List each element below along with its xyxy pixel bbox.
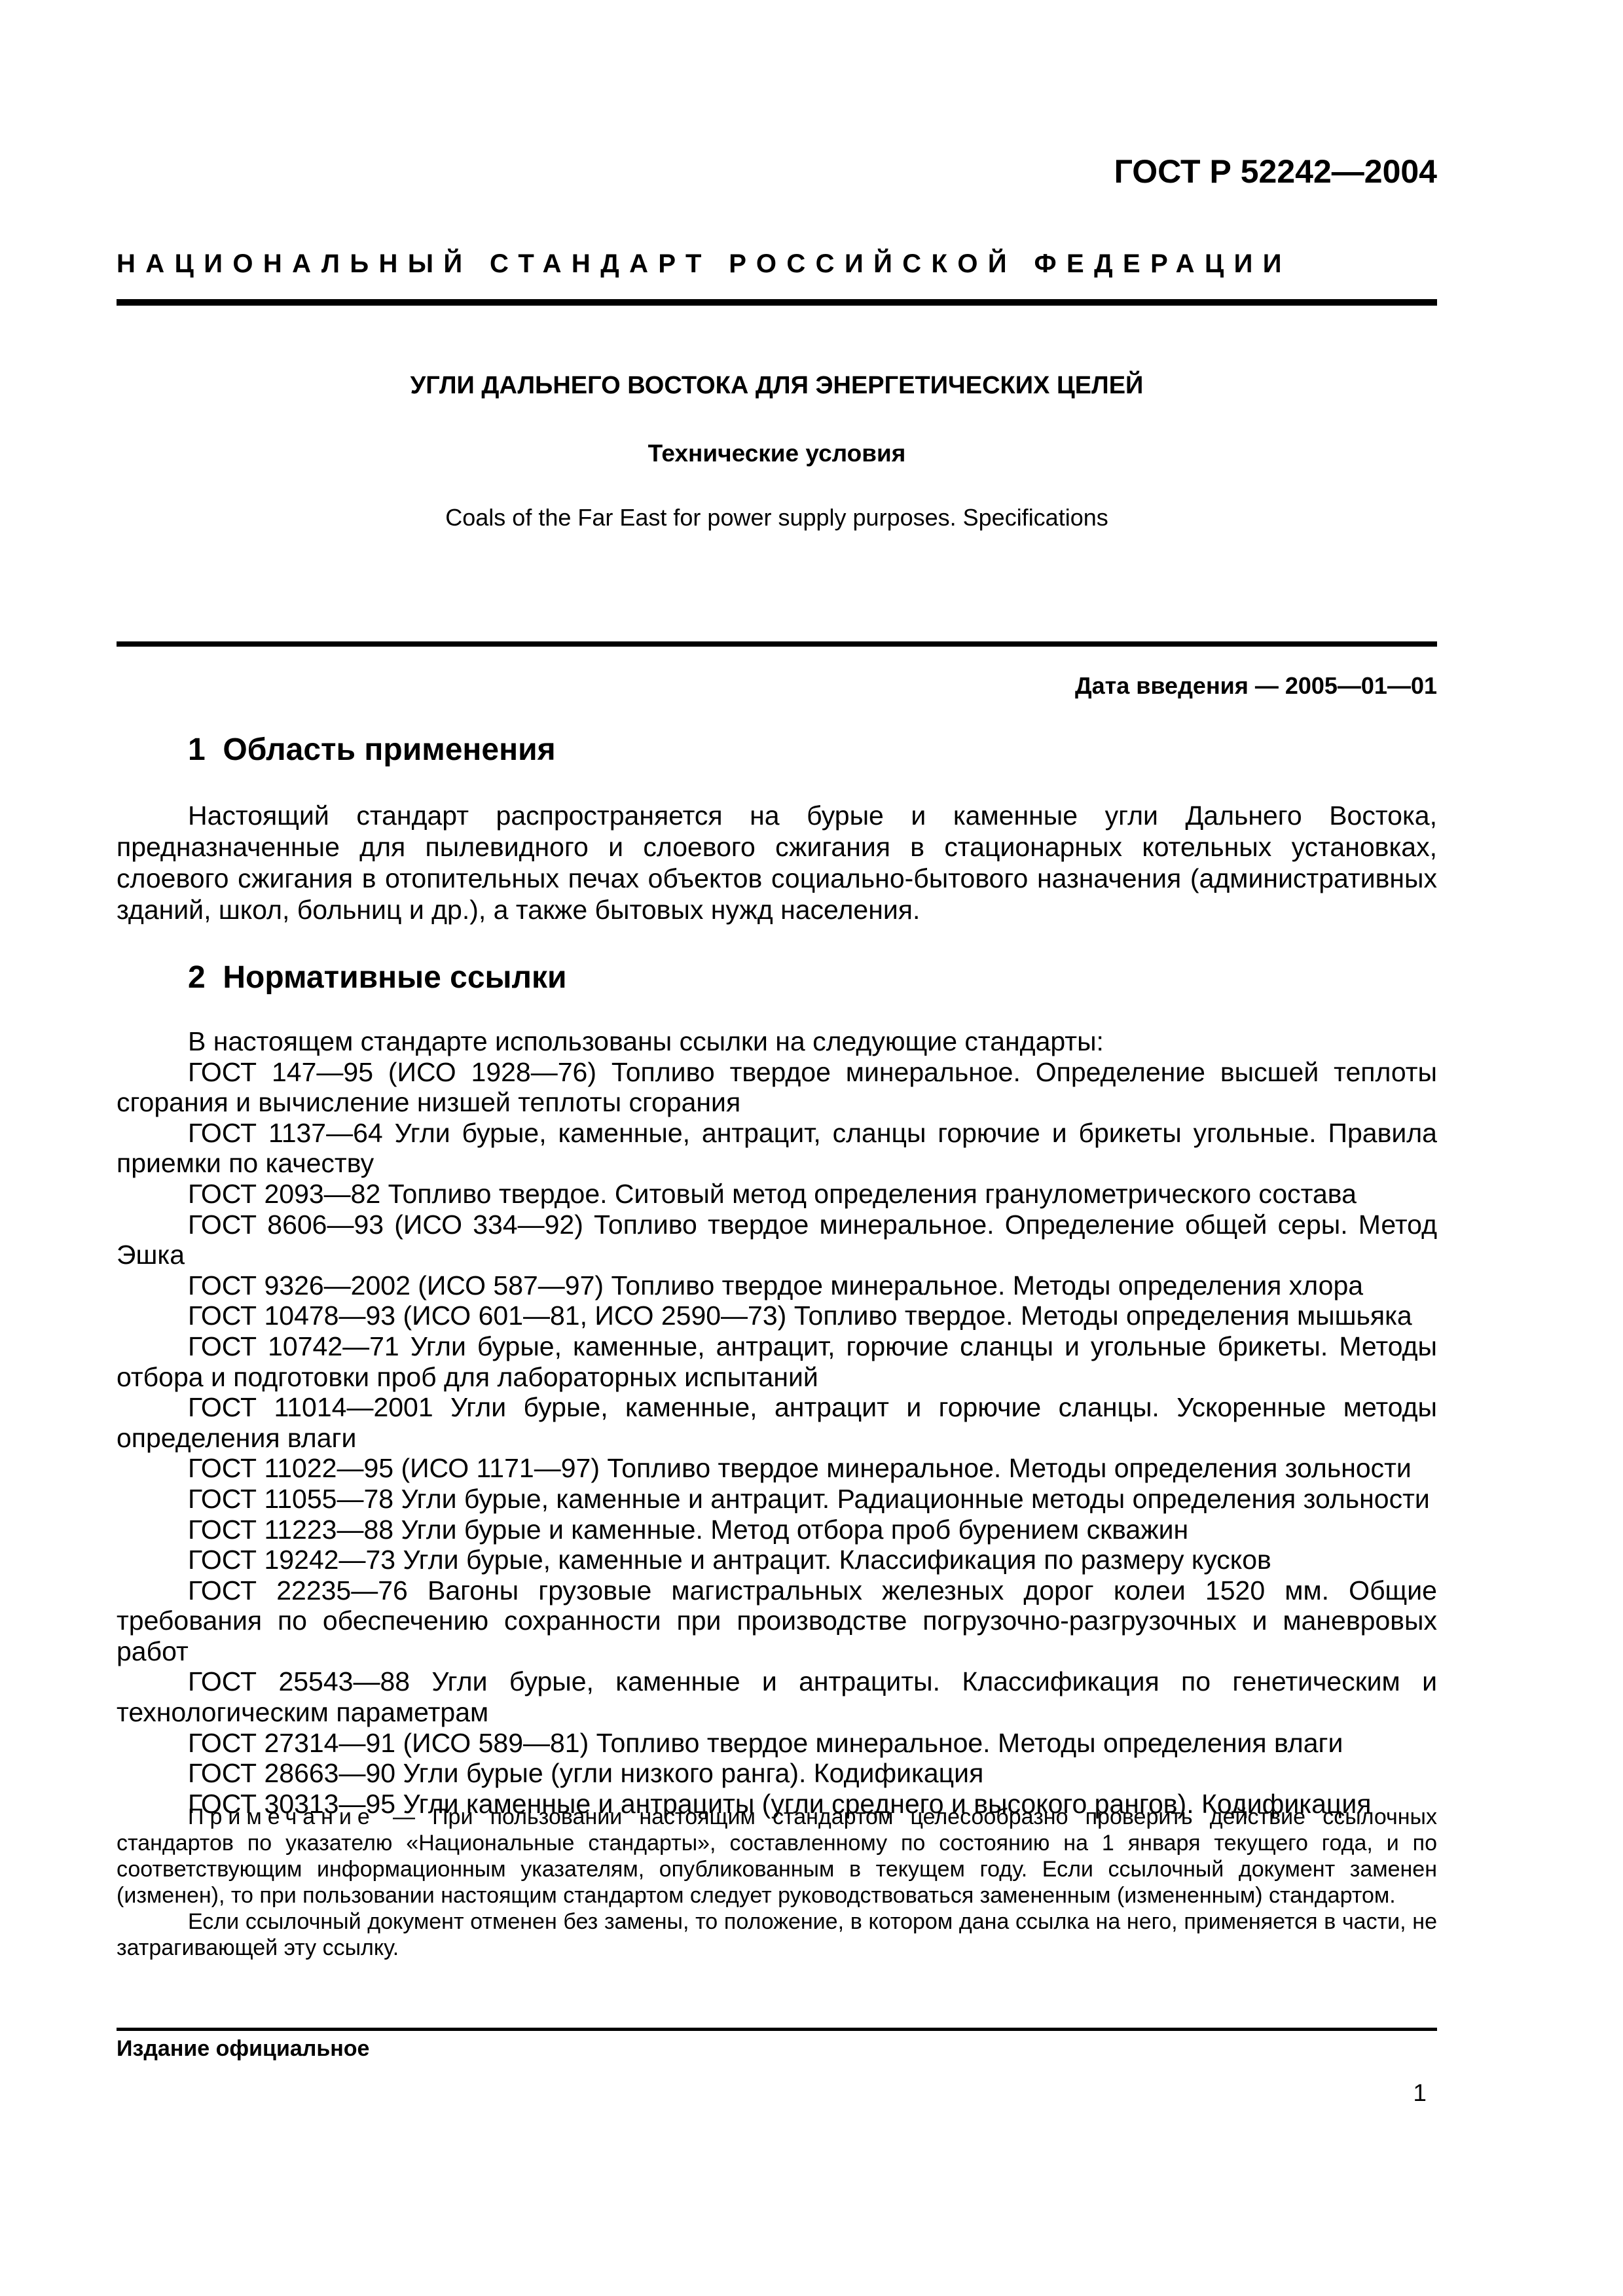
- reference-item: ГОСТ 28663—90 Угли бурые (угли низкого р…: [117, 1758, 1437, 1789]
- reference-item: ГОСТ 10478—93 (ИСО 601—81, ИСО 2590—73) …: [117, 1300, 1437, 1331]
- note-block: Примечание — При пользовании настоящим с…: [117, 1804, 1437, 1961]
- reference-item: ГОСТ 11014—2001 Угли бурые, каменные, ан…: [117, 1392, 1437, 1453]
- reference-item: ГОСТ 147—95 (ИСО 1928—76) Топливо твердо…: [117, 1057, 1437, 1118]
- reference-item: ГОСТ 8606—93 (ИСО 334—92) Топливо твердо…: [117, 1210, 1437, 1270]
- note-paragraph-2: Если ссылочный документ отменен без заме…: [117, 1909, 1437, 1961]
- reference-item: ГОСТ 11022—95 (ИСО 1171—97) Топливо твер…: [117, 1453, 1437, 1484]
- reference-item: ГОСТ 11055—78 Угли бурые, каменные и ант…: [117, 1484, 1437, 1515]
- reference-item: ГОСТ 10742—71 Угли бурые, каменные, антр…: [117, 1331, 1437, 1392]
- reference-item: ГОСТ 9326—2002 (ИСО 587—97) Топливо твер…: [117, 1270, 1437, 1301]
- note-label: Примечание: [188, 1804, 376, 1829]
- section-2-body: В настоящем стандарте использованы ссылк…: [117, 1026, 1437, 1819]
- footer-rule-divider: [117, 2028, 1437, 2031]
- document-subtitle: Технические условия: [117, 439, 1437, 469]
- reference-item: ГОСТ 25543—88 Угли бурые, каменные и ант…: [117, 1666, 1437, 1727]
- national-standard-banner: НАЦИОНАЛЬНЫЙ СТАНДАРТ РОССИЙСКОЙ ФЕДЕРАЦ…: [117, 247, 1437, 280]
- page-number: 1: [1413, 2079, 1427, 2108]
- section-1-heading: 1 Область применения: [188, 732, 556, 768]
- reference-item: ГОСТ 11223—88 Угли бурые и каменные. Мет…: [117, 1515, 1437, 1545]
- section-1-paragraph: Настоящий стандарт распространяется на б…: [117, 800, 1437, 925]
- reference-item: ГОСТ 22235—76 Вагоны грузовые магистраль…: [117, 1575, 1437, 1667]
- official-edition-label: Издание официальное: [117, 2036, 369, 2062]
- title-rule-divider: [117, 641, 1437, 647]
- reference-item: ГОСТ 19242—73 Угли бурые, каменные и ант…: [117, 1545, 1437, 1575]
- reference-item: ГОСТ 27314—91 (ИСО 589—81) Топливо тверд…: [117, 1728, 1437, 1759]
- top-rule-divider: [117, 299, 1437, 306]
- document-title: УГЛИ ДАЛЬНЕГО ВОСТОКА ДЛЯ ЭНЕРГЕТИЧЕСКИХ…: [117, 370, 1437, 401]
- reference-item: ГОСТ 1137—64 Угли бурые, каменные, антра…: [117, 1118, 1437, 1179]
- document-title-english: Coals of the Far East for power supply p…: [117, 503, 1437, 533]
- document-code: ГОСТ Р 52242—2004: [1114, 152, 1437, 191]
- section-2-heading: 2 Нормативные ссылки: [188, 960, 567, 996]
- section-2-intro: В настоящем стандарте использованы ссылк…: [117, 1026, 1437, 1057]
- introduction-date: Дата введения — 2005—01—01: [1075, 671, 1437, 701]
- section-1-body: Настоящий стандарт распространяется на б…: [117, 800, 1437, 925]
- note-paragraph: Примечание — При пользовании настоящим с…: [117, 1804, 1437, 1909]
- reference-item: ГОСТ 2093—82 Топливо твердое. Ситовый ме…: [117, 1179, 1437, 1210]
